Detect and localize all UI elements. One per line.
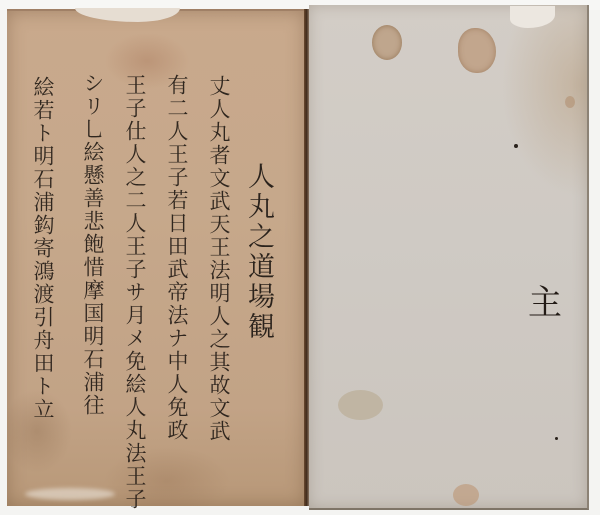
- water-stain: [565, 96, 575, 108]
- water-stain: [458, 28, 496, 73]
- ink-spot: [514, 144, 518, 148]
- text-column-4: シリ乚絵懸善悲飽惜摩国明石浦往: [82, 72, 103, 417]
- right-page: [309, 5, 589, 510]
- water-stain: [372, 25, 402, 60]
- text-column-3: 王子仕人之二人王子サ月メ免絵人丸法王子: [124, 74, 145, 511]
- right-page-character: 主: [528, 275, 562, 324]
- manuscript-photo: 人丸之道場観 丈人丸者文武天王法明人之其故文武 有二人王子若日田武帝法ナ中人免政…: [0, 0, 600, 515]
- left-page-worn-corner: [25, 488, 115, 500]
- text-column-1: 丈人丸者文武天王法明人之其故文武: [208, 75, 229, 443]
- water-stain: [338, 390, 383, 420]
- manuscript-title: 人丸之道場観: [245, 162, 272, 342]
- text-column-5: 絵若ト明石浦鈎寄鴻渡引舟田ト立: [32, 76, 53, 421]
- water-stain: [453, 484, 479, 506]
- text-column-2: 有二人王子若日田武帝法ナ中人免政: [166, 74, 187, 442]
- ink-spot: [555, 437, 558, 440]
